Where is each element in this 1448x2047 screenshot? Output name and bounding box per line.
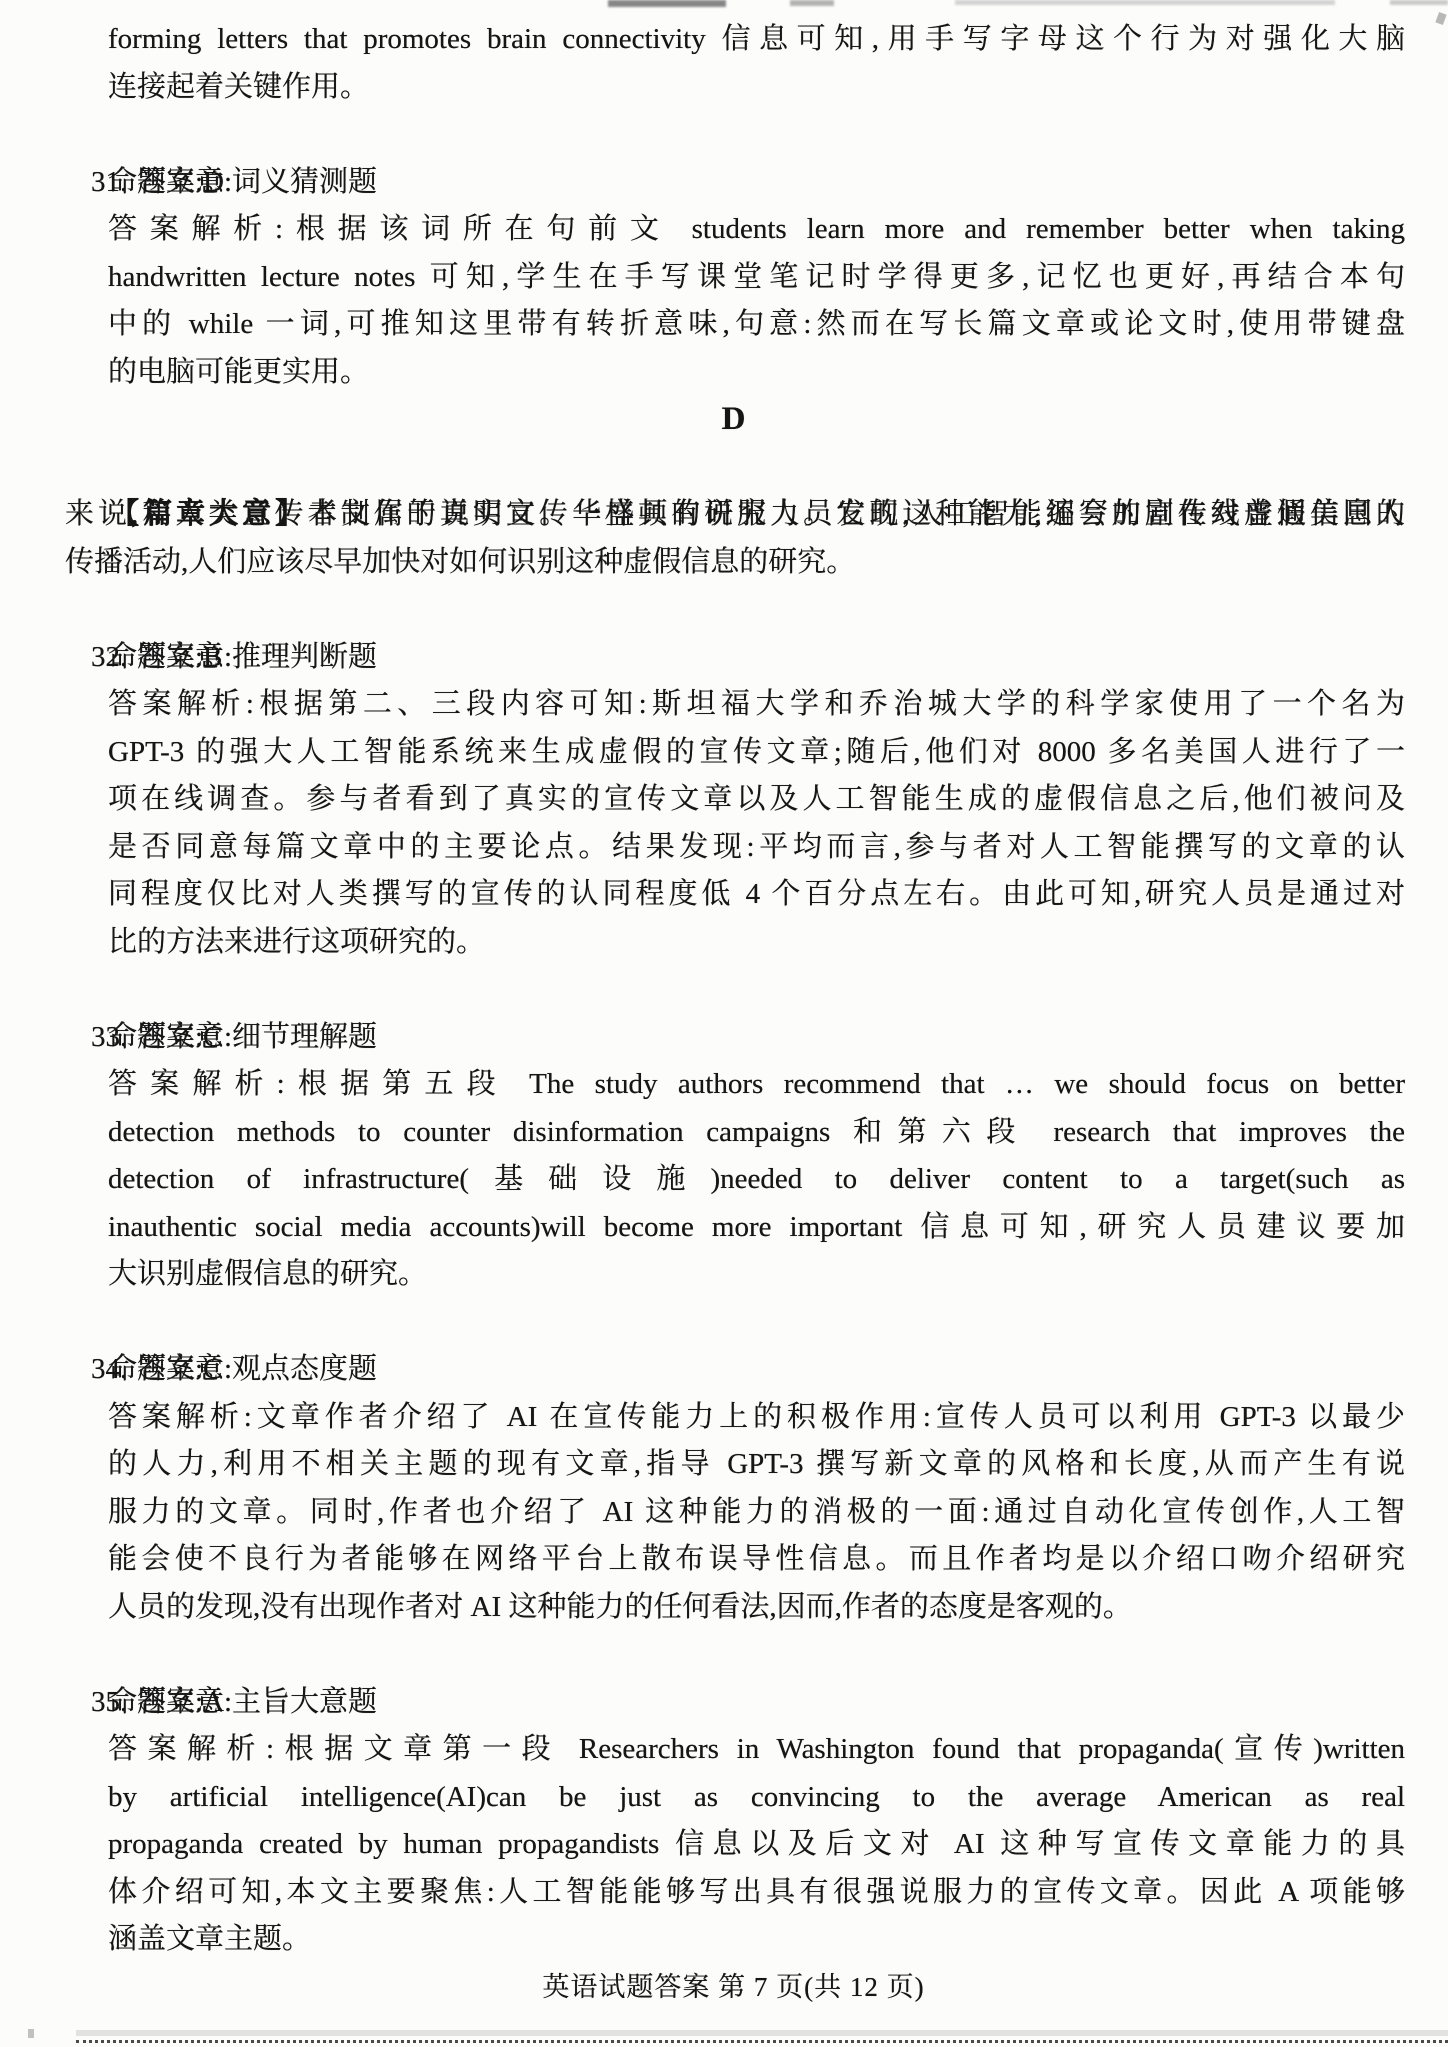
question-31-analysis-line: 中的 while 一词,可推知这里带有转折意味,句意:然而在写长篇文章或论文时,… xyxy=(108,301,1405,349)
question-34-analysis-line: 能会使不良行为者能够在网络平台上散布误导性信息。而且作者均是以介绍口吻介绍研究 xyxy=(108,1536,1405,1584)
question-32-analysis-line: 比的方法来进行这项研究的。 xyxy=(108,919,1405,967)
question-34-analysis-line: 的人力,利用不相关主题的现有文章,指导 GPT-3 撰写新文章的风格和长度,从而… xyxy=(108,1441,1405,1489)
question-34-answer: 34.答案:C xyxy=(62,1299,1405,1347)
question-31-analysis-line: handwritten lecture notes 可知,学生在手写课堂笔记时学… xyxy=(108,254,1405,302)
question-34-intent: 命题立意:观点态度题 xyxy=(108,1346,1405,1394)
page-footer: 英语试题答案 第 7 页(共 12 页) xyxy=(62,1964,1405,2012)
passage-summary-line: 【篇章大意】本文属于说明文。华盛顿的研究人员发现,人工智能编写的宣传对普通美国人 xyxy=(65,444,1405,492)
question-34-analysis-line: 人员的发现,没有出现作者对 AI 这种能力的任何看法,因而,作者的态度是客观的。 xyxy=(108,1584,1405,1632)
question-32-analysis-line: 答案解析:根据第二、三段内容可知:斯坦福大学和乔治城大学的科学家使用了一个名为 xyxy=(108,681,1405,729)
question-34-analysis-line: 服力的文章。同时,作者也介绍了 AI 这种能力的消极的一面:通过自动化宣传创作,… xyxy=(108,1489,1405,1537)
question-33-intent: 命题立意:细节理解题 xyxy=(108,1014,1405,1062)
question-35-analysis-line: by artificial intelligence(AI)can be jus… xyxy=(108,1774,1405,1822)
intro-line: forming letters that promotes brain conn… xyxy=(108,16,1405,64)
question-33-answer: 33.答案:C xyxy=(62,966,1405,1014)
question-33-analysis-line: 大识别虚假信息的研究。 xyxy=(108,1251,1405,1299)
question-33-analysis-line: 答案解析:根据第五段 The study authors recommend t… xyxy=(108,1061,1405,1109)
question-35-analysis-line: 体介绍可知,本文主要聚焦:人工智能能够写出具有很强说服力的宣传文章。因此 A 项… xyxy=(108,1869,1405,1917)
scan-artifact xyxy=(28,2029,34,2038)
question-35-intent: 命题立意:主旨大意题 xyxy=(108,1679,1405,1727)
question-32-analysis-line: 项在线调查。参与者看到了真实的宣传文章以及人工智能生成的虚假信息之后,他们被问及 xyxy=(108,776,1405,824)
answer-sheet-page: forming letters that promotes brain conn… xyxy=(0,16,1448,2011)
scan-artifact xyxy=(608,0,726,7)
question-35-answer: 35.答案:A xyxy=(62,1631,1405,1679)
passage-summary-line: 传播活动,人们应该尽早加快对如何识别这种虚假信息的研究。 xyxy=(65,539,1405,587)
question-32-intent: 命题立意:推理判断题 xyxy=(108,634,1405,682)
intro-line: 连接起着关键作用。 xyxy=(108,64,1405,112)
question-33-analysis-line: detection of infrastructure(基础设施)needed … xyxy=(108,1156,1405,1204)
question-34-analysis-line: 答案解析:文章作者介绍了 AI 在宣传能力上的积极作用:宣传人员可以利用 GPT… xyxy=(108,1394,1405,1442)
scan-artifact xyxy=(955,0,1335,5)
question-31-analysis-line: 的电脑可能更实用。 xyxy=(108,349,1405,397)
scan-artifact xyxy=(790,0,834,6)
question-32-analysis-line: 是否同意每篇文章中的主要论点。结果发现:平均而言,参与者对人工智能撰写的文章的认 xyxy=(108,824,1405,872)
scan-artifact xyxy=(76,2030,1448,2036)
question-33-analysis-line: detection methods to counter disinformat… xyxy=(108,1109,1405,1157)
question-32-analysis-line: GPT-3 的强大人工智能系统来生成虚假的宣传文章;随后,他们对 8000 多名… xyxy=(108,729,1405,777)
question-32-analysis-line: 同程度仅比对人类撰写的宣传的认同程度低 4 个百分点左右。由此可知,研究人员是通… xyxy=(108,871,1405,919)
question-33-analysis-line: inauthentic social media accounts)will b… xyxy=(108,1204,1405,1252)
question-35-analysis-line: 答案解析:根据文章第一段 Researchers in Washington f… xyxy=(108,1726,1405,1774)
passage-summary-line: 来说,和人类宣传者制作的真实宣传一样具有说服力。它的这种能力,还会加剧在线虚假信… xyxy=(65,491,1405,539)
question-35-analysis-line: propaganda created by human propagandist… xyxy=(108,1821,1405,1869)
question-35-analysis-line: 涵盖文章主题。 xyxy=(108,1916,1405,1964)
scan-artifact xyxy=(1390,0,1448,5)
question-32-answer: 32.答案:B xyxy=(62,586,1405,634)
passage-d-header: D xyxy=(62,396,1405,444)
perforation-line xyxy=(76,2040,1448,2043)
question-31-answer: 31.答案:D xyxy=(62,111,1405,159)
question-31-analysis-line: 答案解析:根据该词所在句前文 students learn more and r… xyxy=(108,206,1405,254)
question-31-intent: 命题立意:词义猜测题 xyxy=(108,159,1405,207)
